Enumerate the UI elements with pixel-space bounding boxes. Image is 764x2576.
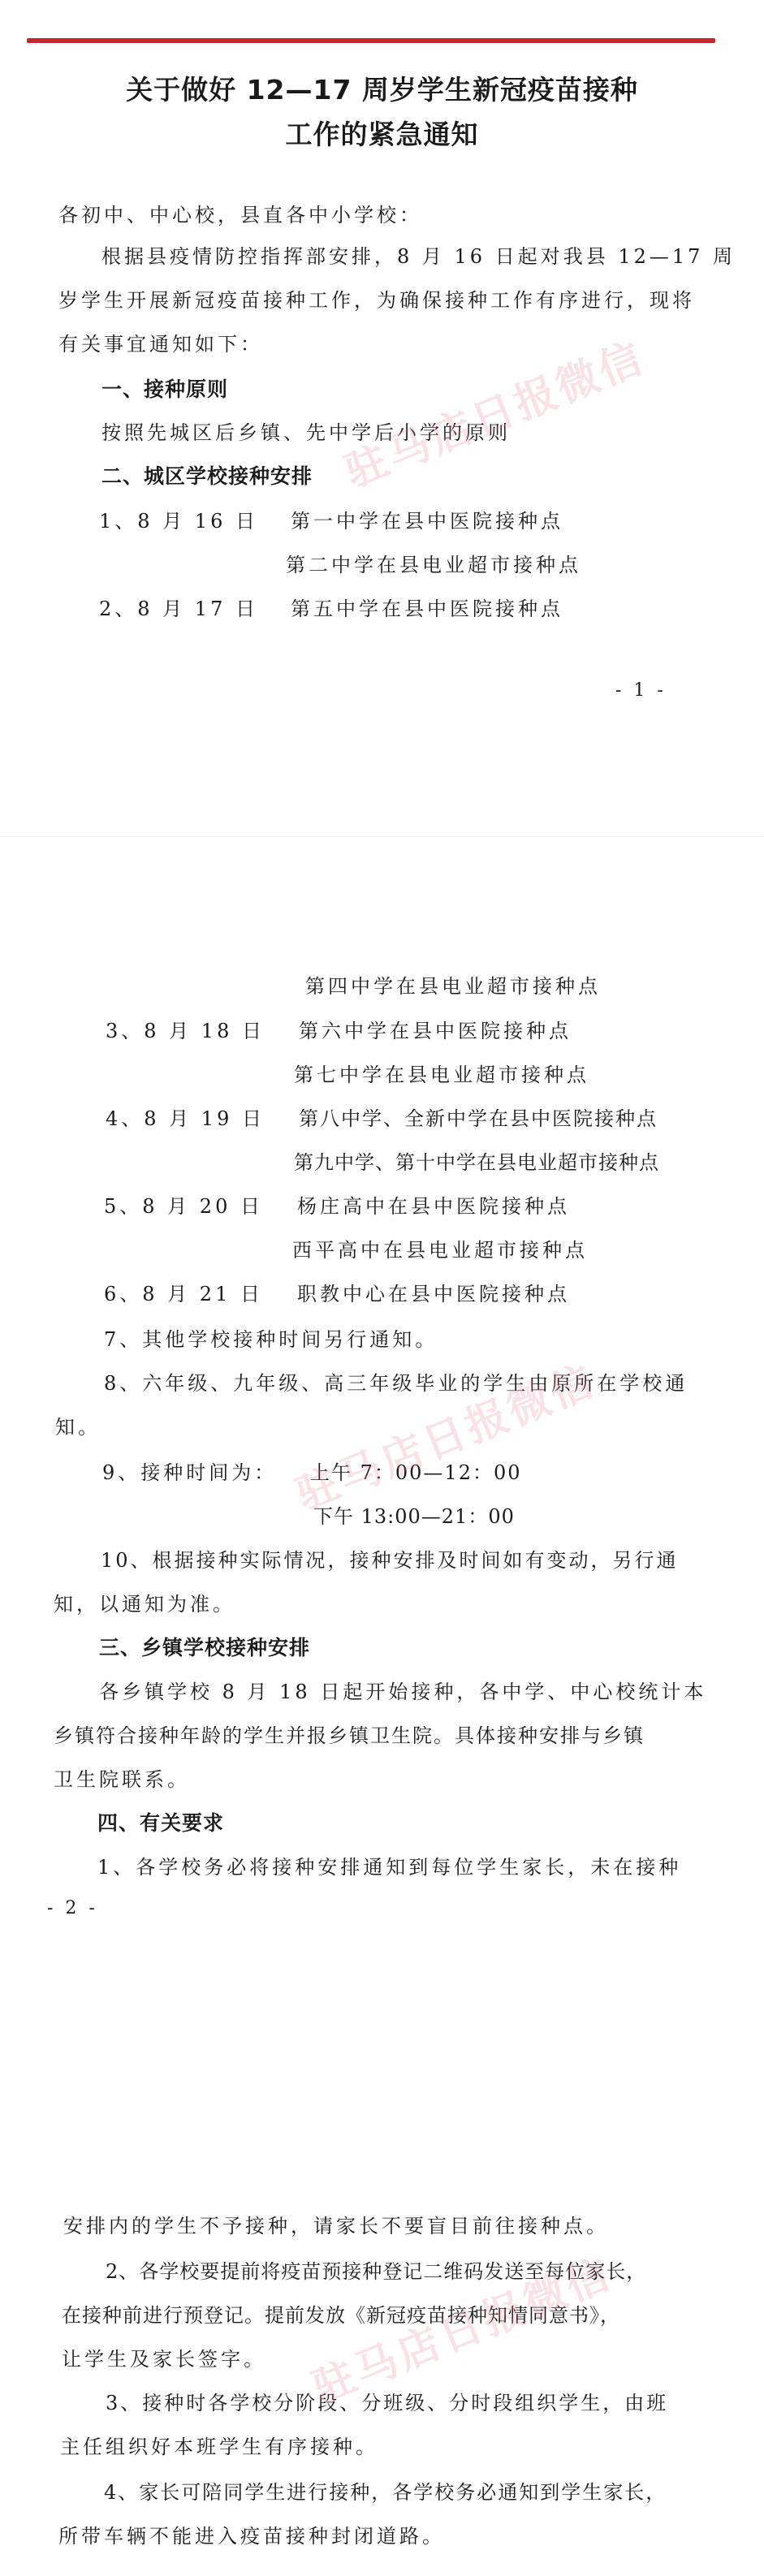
section-3-line-1: 各乡镇学校 8 月 18 日起开始接种，各中学、中心校统计本	[99, 1676, 706, 1704]
item-8-line-1: 8、六年级、九年级、高三年级毕业的学生由原所在学校通	[104, 1367, 688, 1396]
schedule-site-6a: 职教中心在县中医院接种点	[297, 1278, 570, 1306]
schedule-date-3: 3、8 月 18 日	[106, 1015, 265, 1043]
schedule-site-2b: 第四中学在县电业超市接种点	[305, 970, 601, 999]
section-4-item-2-line-1: 2、各学校要提前将疫苗预接种登记二维码发送至每位家长，	[106, 2255, 646, 2284]
section-4-item-4-line-2: 所带车辆不能进入疫苗接种封闭道路。	[58, 2520, 445, 2548]
item-9-morning: 上午 7：00—12：00	[310, 1456, 522, 1485]
schedule-site-3b: 第七中学在县电业超市接种点	[294, 1059, 589, 1087]
intro-line-2: 岁学生开展新冠疫苗接种工作，为确保接种工作有序进行，现将	[58, 284, 695, 313]
schedule-site-3a: 第六中学在县中医院接种点	[299, 1015, 572, 1043]
page-number-2: - 2 -	[47, 1898, 98, 1918]
section-1-text: 按照先城区后乡镇、先中学后小学的原则	[101, 416, 511, 445]
item-9-label: 9、接种时间为：	[102, 1456, 277, 1485]
schedule-site-1b: 第二中学在县电业超市接种点	[286, 549, 581, 577]
schedule-date-5: 5、8 月 20 日	[104, 1190, 263, 1219]
section-1-heading: 一、接种原则	[101, 373, 228, 403]
schedule-date-2: 2、8 月 17 日	[99, 593, 258, 621]
section-4-item-2-line-2: 在接种前进行预登记。提前发放《新冠疫苗接种知情同意书》，	[62, 2299, 620, 2328]
schedule-site-5a: 杨庄高中在县中医院接种点	[297, 1190, 570, 1219]
title-line-1: 关于做好 12—17 周岁学生新冠疫苗接种	[0, 69, 764, 107]
section-3-heading: 三、乡镇学校接种安排	[99, 1632, 310, 1661]
schedule-site-4b: 第九中学、第十中学在县电业超市接种点	[294, 1146, 659, 1175]
item-8-line-2: 知。	[55, 1411, 101, 1439]
intro-line-1: 根据县疫情防控指挥部安排，8 月 16 日起对我县 12—17 周	[101, 240, 736, 269]
item-10-line-1: 10、根据接种实际情况，接种安排及时间如有变动，另行通	[101, 1544, 679, 1573]
section-4-heading: 四、有关要求	[97, 1807, 224, 1836]
watermark: 驻马店日报微信	[335, 324, 653, 499]
section-4-item-2-line-3: 让学生及家长签字。	[62, 2343, 266, 2371]
section-4-item-3-line-2: 主任组织好本班学生有序接种。	[60, 2431, 378, 2459]
schedule-site-2a: 第五中学在县中医院接种点	[291, 593, 563, 621]
schedule-site-5b: 西平高中在县电业超市接种点	[292, 1234, 588, 1262]
salutation: 各初中、中心校，县直各中小学校：	[58, 199, 422, 227]
section-3-line-2: 乡镇符合接种年龄的学生并报乡镇卫生院。具体接种安排与乡镇	[54, 1719, 645, 1748]
schedule-site-1a: 第一中学在县中医院接种点	[291, 505, 563, 533]
schedule-date-4: 4、8 月 19 日	[106, 1102, 265, 1131]
item-10-line-2: 知，以通知为准。	[54, 1588, 235, 1616]
schedule-date-6: 6、8 月 21 日	[104, 1278, 263, 1306]
item-7: 7、其他学校接种时间另行通知。	[104, 1323, 438, 1352]
schedule-site-4a: 第八中学、全新中学在县中医院接种点	[299, 1102, 658, 1131]
header-red-rule	[27, 38, 715, 43]
section-4-item-3-line-1: 3、接种时各学校分阶段、分班级、分时段组织学生，由班	[106, 2387, 668, 2415]
section-4-item-1-line-1: 1、各学校务必将接种安排通知到每位学生家长，未在接种	[97, 1851, 681, 1879]
section-4-item-4-line-1: 4、家长可陪同学生进行接种，各学校务必通知到学生家长，	[104, 2476, 667, 2505]
section-4-item-1-line-2: 安排内的学生不予接种，请家长不要盲目前往接种点。	[63, 2210, 609, 2238]
intro-line-3: 有关事宜通知如下：	[58, 328, 263, 356]
section-2-heading: 二、城区学校接种安排	[101, 460, 313, 490]
title-line-2: 工作的紧急通知	[0, 114, 764, 152]
schedule-date-1: 1、8 月 16 日	[99, 505, 258, 533]
page-break	[0, 836, 764, 838]
item-9-afternoon: 下午 13:00—21：00	[313, 1500, 515, 1529]
section-3-line-3: 卫生院联系。	[54, 1763, 190, 1792]
page-number-1: - 1 -	[615, 680, 667, 701]
